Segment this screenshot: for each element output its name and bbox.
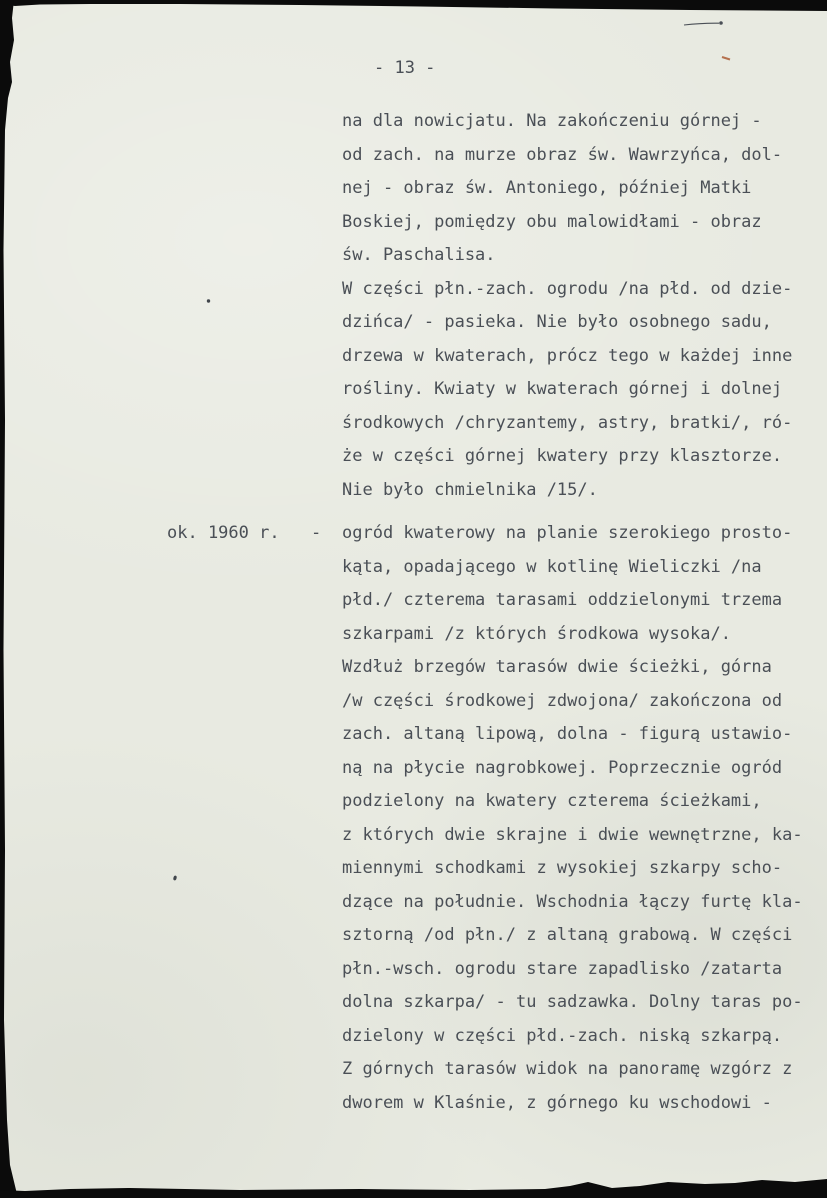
entry-1960-text: ogród kwaterowy na planie szerokiego pro… — [342, 517, 803, 1120]
scanned-document-page: - 13 - na dla nowicjatu. Na zakończeniu … — [0, 0, 827, 1198]
scan-edge-bottom — [0, 1179, 827, 1198]
entry-date-label: ok. 1960 r. — [167, 517, 280, 551]
page-number: - 13 - — [374, 52, 435, 86]
red-fiber-speck — [722, 57, 730, 60]
scratch-mark — [684, 23, 719, 25]
scan-edge-top — [0, 0, 827, 11]
scan-edge-left — [0, 0, 18, 1198]
ink-speck-upper — [207, 299, 210, 302]
entry-separator-dash: - — [311, 517, 321, 551]
entry-continuation-text: na dla nowicjatu. Na zakończeniu górnej … — [342, 105, 792, 507]
scratch-mark-dot — [719, 21, 723, 25]
ink-speck-lower — [173, 875, 177, 880]
